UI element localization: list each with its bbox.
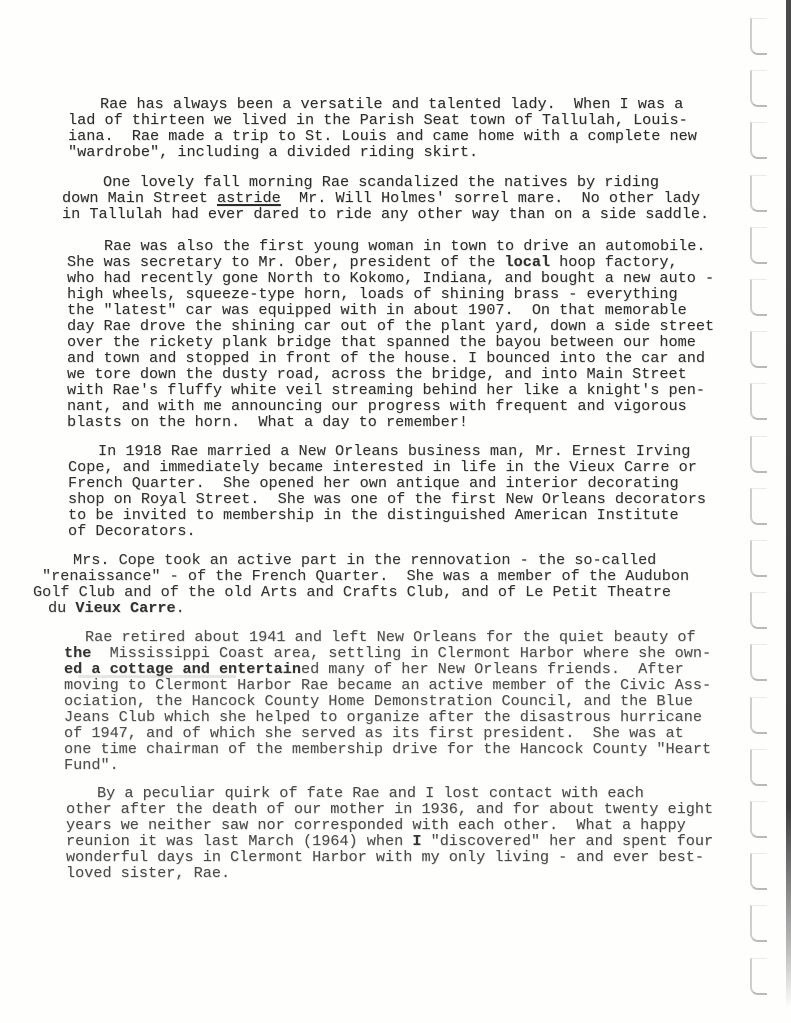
text-line: high wheels, squeeze-type horn, loads of…: [67, 286, 751, 302]
text-line: du Vieux Carre.: [48, 600, 751, 616]
text-segment: .: [176, 599, 185, 617]
text-line: ociation, the Hancock County Home Demons…: [64, 693, 751, 709]
page-edge-mark: [750, 70, 767, 107]
page-edge-mark: [750, 122, 767, 159]
text-line: other after the death of our mother in 1…: [66, 801, 751, 817]
text-line: Rae retired about 1941 and left New Orle…: [64, 629, 751, 645]
page-edge-mark: [750, 175, 767, 212]
page-edge-mark: [750, 644, 767, 681]
text-line: the "latest" car was equipped with in ab…: [67, 302, 751, 318]
page-edge-mark: [750, 279, 767, 316]
typewritten-text-block: Rae has always been a versatile and tale…: [0, 96, 751, 881]
text-line: and town and stopped in front of the hou…: [67, 350, 751, 366]
text-line: the Mississippi Coast area, settling in …: [64, 645, 751, 661]
text-line: Rae was also the first young woman in to…: [67, 238, 751, 254]
text-line: with Rae's fluffy white veil streaming b…: [67, 382, 751, 398]
page-edge-mark: [750, 227, 767, 264]
paragraph: In 1918 Rae married a New Orleans busine…: [68, 443, 751, 539]
text-line: moving to Clermont Harbor Rae became an …: [64, 677, 751, 693]
text-line: nant, and with me announcing our progres…: [67, 398, 751, 414]
text-line: She was secretary to Mr. Ober, president…: [67, 254, 751, 270]
paragraph: Mrs. Cope took an active part in the ren…: [66, 552, 751, 616]
text-line: Mrs. Cope took an active part in the ren…: [73, 552, 751, 568]
page-edge-mark: [750, 488, 767, 525]
paragraph: By a peculiar quirk of fate Rae and I lo…: [66, 785, 751, 881]
text-line: iana. Rae made a trip to St. Louis and c…: [68, 128, 751, 144]
text-line: of 1947, and of which she served as its …: [64, 725, 751, 741]
text-line: By a peculiar quirk of fate Rae and I lo…: [66, 785, 751, 801]
text-line: who had recently gone North to Kokomo, I…: [67, 270, 751, 286]
text-line: One lovely fall morning Rae scandalized …: [62, 174, 751, 190]
text-line: day Rae drove the shining car out of the…: [67, 318, 751, 334]
page-edge-mark: [750, 331, 767, 368]
text-line: to be invited to membership in the disti…: [68, 507, 751, 523]
page-edge-mark: [750, 383, 767, 420]
text-line: "wardrobe", including a divided riding s…: [68, 144, 751, 160]
text-line: shop on Royal Street. She was one of the…: [68, 491, 751, 507]
page-edge-mark: [750, 697, 767, 734]
paragraph: One lovely fall morning Rae scandalized …: [62, 174, 751, 222]
text-line: Cope, and immediately became interested …: [68, 459, 751, 475]
text-line: down Main Street astride Mr. Will Holmes…: [62, 190, 751, 206]
text-line: Golf Club and of the old Arts and Crafts…: [33, 584, 751, 600]
text-line: blasts on the horn. What a day to rememb…: [67, 414, 751, 430]
text-line: French Quarter. She opened her own antiq…: [68, 475, 751, 491]
paragraph: Rae retired about 1941 and left New Orle…: [64, 629, 751, 773]
text-line: reunion it was last March (1964) when I …: [66, 833, 751, 849]
text-line: one time chairman of the membership driv…: [64, 741, 751, 757]
page-edge-mark: [750, 801, 767, 838]
page-edge-mark: [750, 540, 767, 577]
text-line: over the rickety plank bridge that spann…: [67, 334, 751, 350]
text-line: "renaissance" - of the French Quarter. S…: [42, 568, 751, 584]
page-edge-mark: [750, 905, 767, 942]
text-line: years we neither saw nor corresponded wi…: [66, 817, 751, 833]
bold-text-segment: Vieux Carre: [75, 599, 175, 617]
text-line: loved sister, Rae.: [66, 865, 751, 881]
page-edge-mark: [750, 749, 767, 786]
text-line: In 1918 Rae married a New Orleans busine…: [68, 443, 751, 459]
ink-smudge: [78, 675, 236, 678]
text-line: we tore down the dusty road, across the …: [67, 366, 751, 382]
page-edge-mark: [750, 592, 767, 629]
text-segment: du: [48, 599, 75, 617]
page-edge-mark: [750, 853, 767, 890]
text-line: in Tallulah had ever dared to ride any o…: [62, 206, 751, 222]
page-edge-mark: [750, 436, 767, 473]
text-line: wonderful days in Clermont Harbor with m…: [66, 849, 751, 865]
paragraph: Rae was also the first young woman in to…: [67, 238, 751, 430]
text-line: of Decorators.: [68, 523, 751, 539]
scan-edge-strip: [786, 0, 791, 1008]
text-line: Rae has always been a versatile and tale…: [68, 96, 751, 112]
page-edge-mark: [750, 18, 767, 55]
page-edge-mark: [750, 958, 767, 995]
text-line: lad of thirteen we lived in the Parish S…: [68, 112, 751, 128]
text-line: Fund".: [64, 757, 751, 773]
paragraph: Rae has always been a versatile and tale…: [68, 96, 751, 160]
document-page: Rae has always been a versatile and tale…: [0, 0, 791, 1023]
text-line: Jeans Club which she helped to organize …: [64, 709, 751, 725]
